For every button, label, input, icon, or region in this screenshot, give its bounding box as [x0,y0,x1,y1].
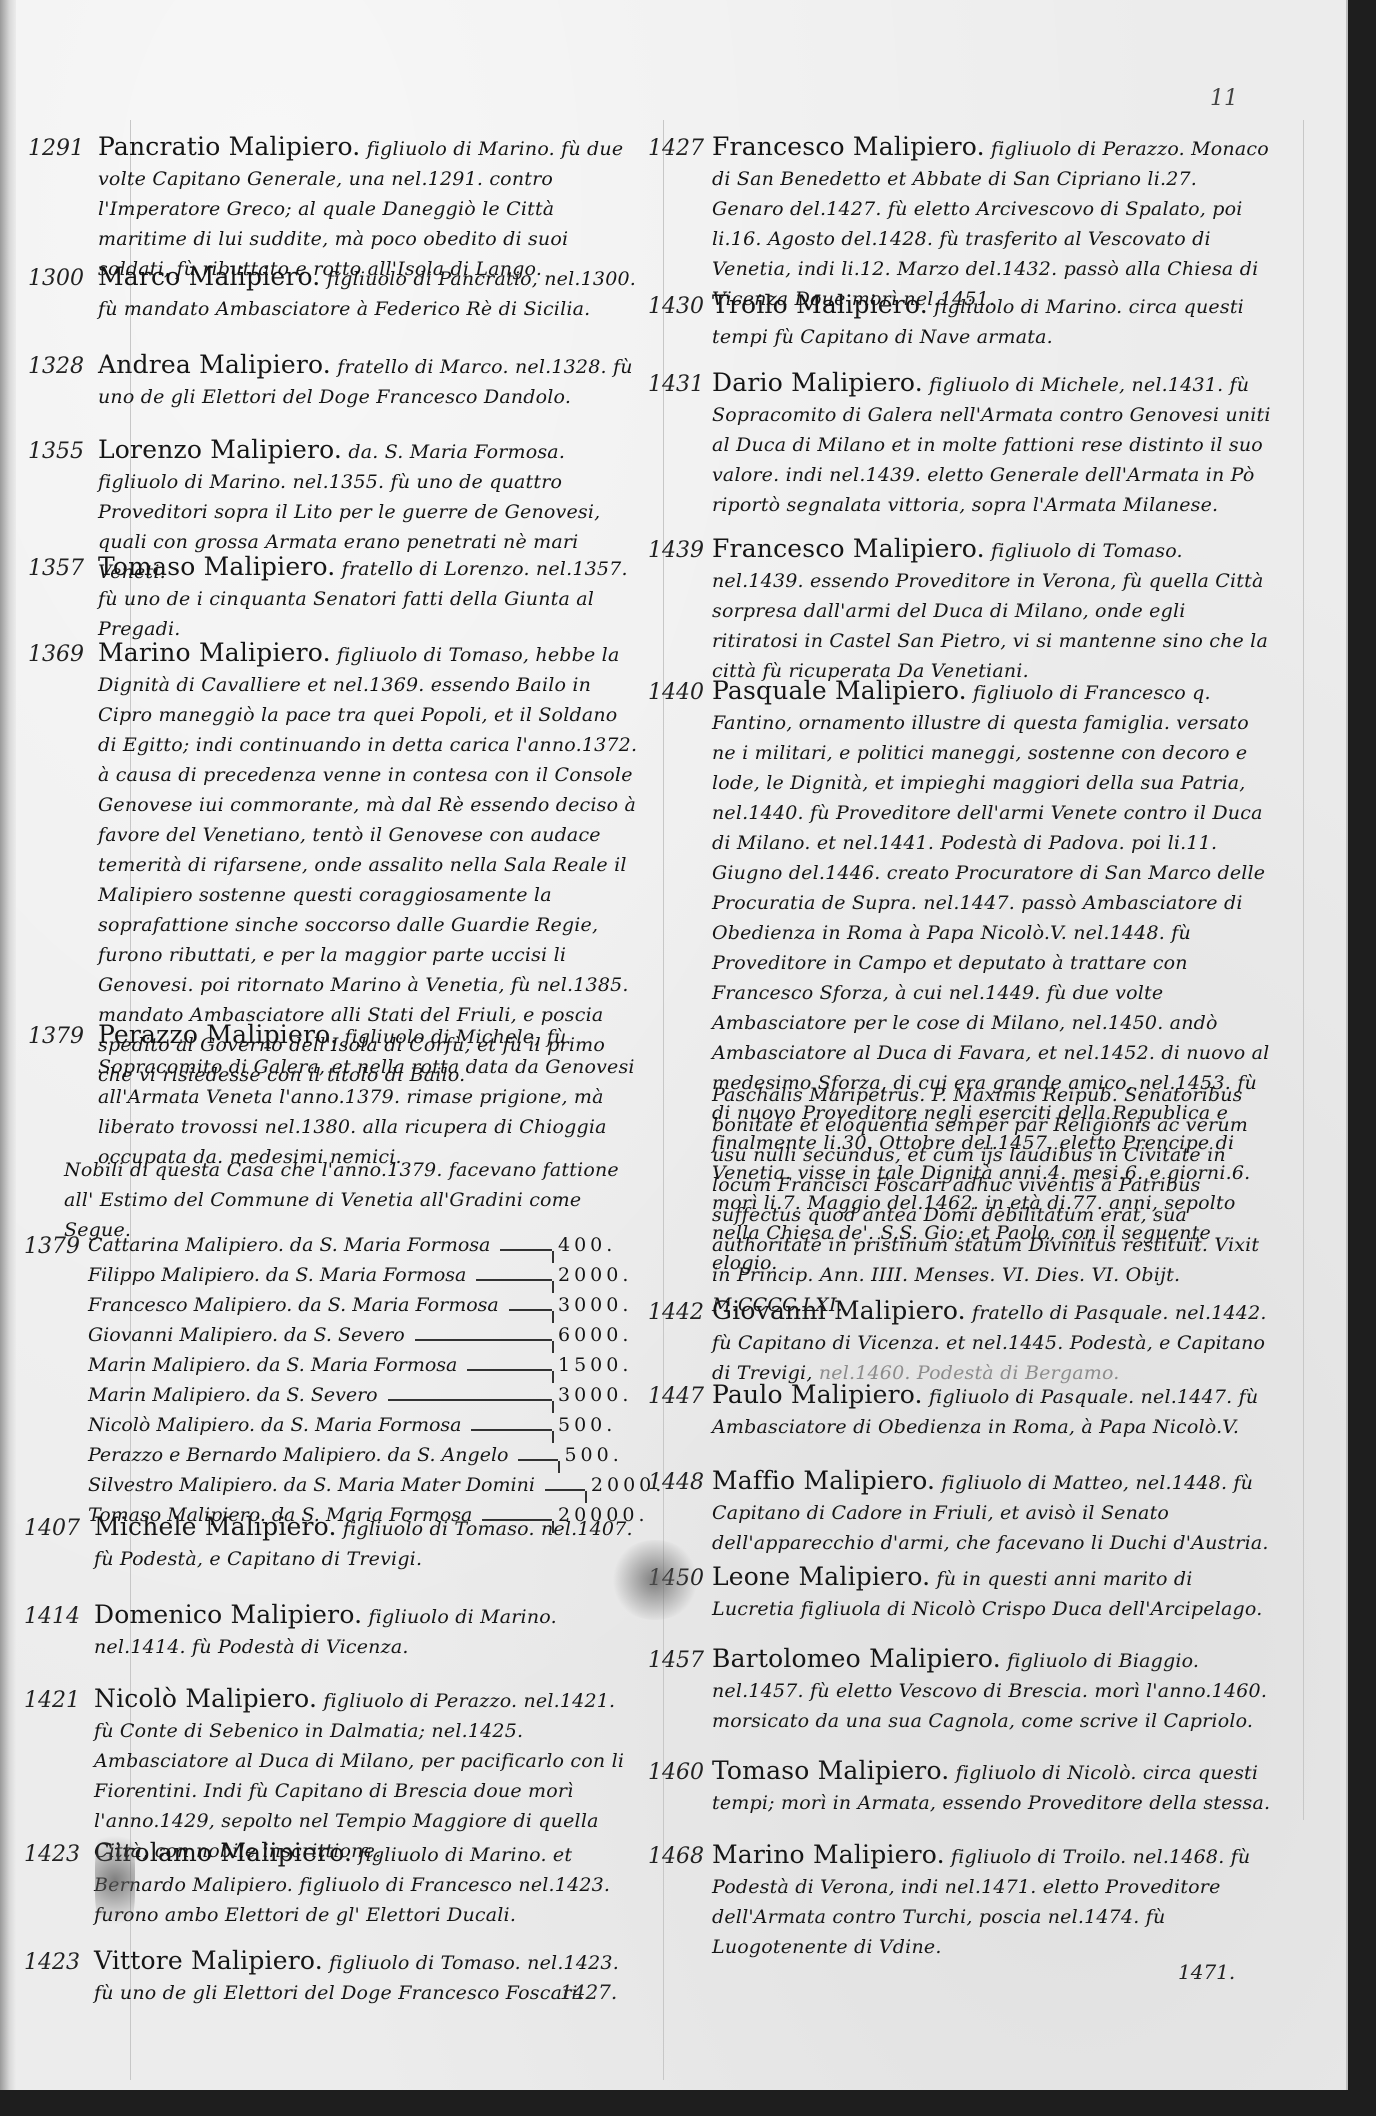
entry-name: Nicolò Malipiero. [94,1684,317,1713]
entry-name: Tomaso Malipiero. [98,552,335,581]
entry-name: Domenico Malipiero. [94,1600,362,1629]
entry-name: Marco Malipiero. [98,262,320,291]
entry-1447: 1447 Paulo Malipiero. figliuolo di Pasqu… [648,1380,1272,1442]
entry-name: Marino Malipiero. [712,1840,945,1869]
entry-year: 1431 [648,372,704,397]
scan-background [0,2090,1376,2116]
entry-1379: 1379 Perazzo Malipiero. figliuolo di Mic… [28,1020,638,1172]
entry-name: Francesco Malipiero. [712,534,985,563]
manuscript-page: 11 1291 Pancratio Malipiero. figliuolo d… [0,0,1348,2090]
right-margin-rule [1303,120,1304,1820]
entry-name: Perazzo Malipiero. [98,1020,338,1049]
entry-year: 1379 [28,1024,84,1049]
entry-1414: 1414 Domenico Malipiero. figliuolo di Ma… [24,1600,634,1662]
entry-name: Lorenzo Malipiero. [98,435,342,464]
entry-name: Andrea Malipiero. [98,350,331,379]
entry-1460: 1460 Tomaso Malipiero. figliuolo di Nico… [648,1756,1272,1818]
entry-year: 1439 [648,538,704,563]
entry-1431: 1431 Dario Malipiero. figliuolo di Miche… [648,368,1272,520]
entry-name: Maffio Malipiero. [712,1466,935,1495]
entry-1442: 1442 Giovanni Malipiero. fratello di Pas… [648,1296,1272,1388]
entry-year: 1369 [28,642,84,667]
entry-1300: 1300 Marco Malipiero. figliuolo di Pancr… [28,262,638,324]
entry-year: 1300 [28,266,84,291]
arrow-icon [518,1459,558,1461]
entry-year: 1440 [648,680,704,705]
entry-year: 1423 [24,1950,80,1975]
entry-1468: 1468 Marino Malipiero. figliuolo di Troi… [648,1840,1272,1962]
entry-year: 1427 [648,136,704,161]
entry-year: 1448 [648,1470,704,1495]
entry-year: 1423 [24,1842,80,1867]
folio-number: 11 [1210,86,1238,111]
entry-year: 1414 [24,1604,80,1629]
arrow-icon [476,1279,552,1281]
entry-year: 1468 [648,1844,704,1869]
entry-name: Vittore Malipiero. [94,1946,323,1975]
entry-name: Pancratio Malipiero. [98,132,360,161]
elogium: Paschalis Maripetrus. P. Maximis Reipub.… [712,1080,1272,1320]
entry-name: Dario Malipiero. [712,368,923,397]
catchword-left: 1427. [560,1980,617,2004]
entry-year: 1442 [648,1300,704,1325]
entry-text: figliuolo di Perazzo. Monaco di San Bene… [712,138,1269,310]
arrow-icon [545,1489,585,1491]
entry-year: 1447 [648,1384,704,1409]
entry-name: Tomaso Malipiero. [712,1756,949,1785]
entry-1450: 1450 Leone Malipiero. fù in questi anni … [648,1562,1272,1624]
entry-1407: 1407 Michele Malipiero. figliuolo di Tom… [24,1512,634,1574]
arrow-icon [415,1339,552,1341]
estimo-row: Marin Malipiero. da S. Maria Formosa1500… [88,1354,648,1384]
arrow-icon [509,1309,552,1311]
entry-1457: 1457 Bartolomeo Malipiero. figliuolo di … [648,1644,1272,1736]
entry-name: Pasquale Malipiero. [712,676,967,705]
entry-name: Paulo Malipiero. [712,1380,923,1409]
catchword-right: 1471. [1178,1960,1235,1984]
entry-1448: 1448 Maffio Malipiero. figliuolo di Matt… [648,1466,1272,1558]
entry-1357: 1357 Tomaso Malipiero. fratello di Loren… [28,552,638,644]
entry-year: 1457 [648,1648,704,1673]
estimo-row: Cattarina Malipiero. da S. Maria Formosa… [88,1234,648,1264]
entry-year: 1355 [28,439,84,464]
estimo-row: Perazzo e Bernardo Malipiero. da S. Ange… [88,1444,648,1474]
entry-name: Marino Malipiero. [98,638,331,667]
arrow-icon [467,1369,552,1371]
estimo-row: Giovanni Malipiero. da S. Severo6000. [88,1324,648,1354]
estimo-row: Silvestro Malipiero. da S. Maria Mater D… [88,1474,648,1504]
water-stain [95,1820,135,1940]
entry-year: 1407 [24,1516,80,1541]
entry-1430: 1430 Troilo Malipiero. figliuolo di Mari… [648,290,1272,352]
entry-year: 1460 [648,1760,704,1785]
entry-name: Giovanni Malipiero. [712,1296,966,1325]
estimo-row: Marin Malipiero. da S. Severo3000. [88,1384,648,1414]
arrow-icon [500,1249,552,1251]
entry-1328: 1328 Andrea Malipiero. fratello di Marco… [28,350,638,412]
entry-year: 1421 [24,1688,80,1713]
entry-name: Troilo Malipiero. [712,290,928,319]
estimo-row: Francesco Malipiero. da S. Maria Formosa… [88,1294,648,1324]
entry-1427: 1427 Francesco Malipiero. figliuolo di P… [648,132,1272,314]
entry-1423-vittore: 1423 Vittore Malipiero. figliuolo di Tom… [24,1946,634,2008]
entry-year: 1430 [648,294,704,319]
entry-name: Michele Malipiero. [94,1512,337,1541]
entry-name: Francesco Malipiero. [712,132,985,161]
entry-name: Leone Malipiero. [712,1562,930,1591]
binding-edge [0,0,16,2116]
entry-1439: 1439 Francesco Malipiero. figliuolo di T… [648,534,1272,686]
estimo-row: Nicolò Malipiero. da S. Maria Formosa500… [88,1414,648,1444]
entry-year: 1291 [28,136,84,161]
estimo-row: Filippo Malipiero. da S. Maria Formosa20… [88,1264,648,1294]
arrow-icon [471,1429,552,1431]
entry-text: figliuolo di Perazzo. nel.1421. fù Conte… [94,1690,624,1862]
entry-year: 1328 [28,354,84,379]
entry-year: 1357 [28,556,84,581]
entry-name: Bartolomeo Malipiero. [712,1644,1001,1673]
estimo-heading: Nobili di questa Casa che l'anno.1379. f… [64,1155,634,1245]
arrow-icon [388,1399,552,1401]
ink-stain [610,1540,700,1620]
estimo-year: 1379 [24,1234,80,1259]
elogium-text: Paschalis Maripetrus. P. Maximis Reipub.… [712,1084,1259,1316]
